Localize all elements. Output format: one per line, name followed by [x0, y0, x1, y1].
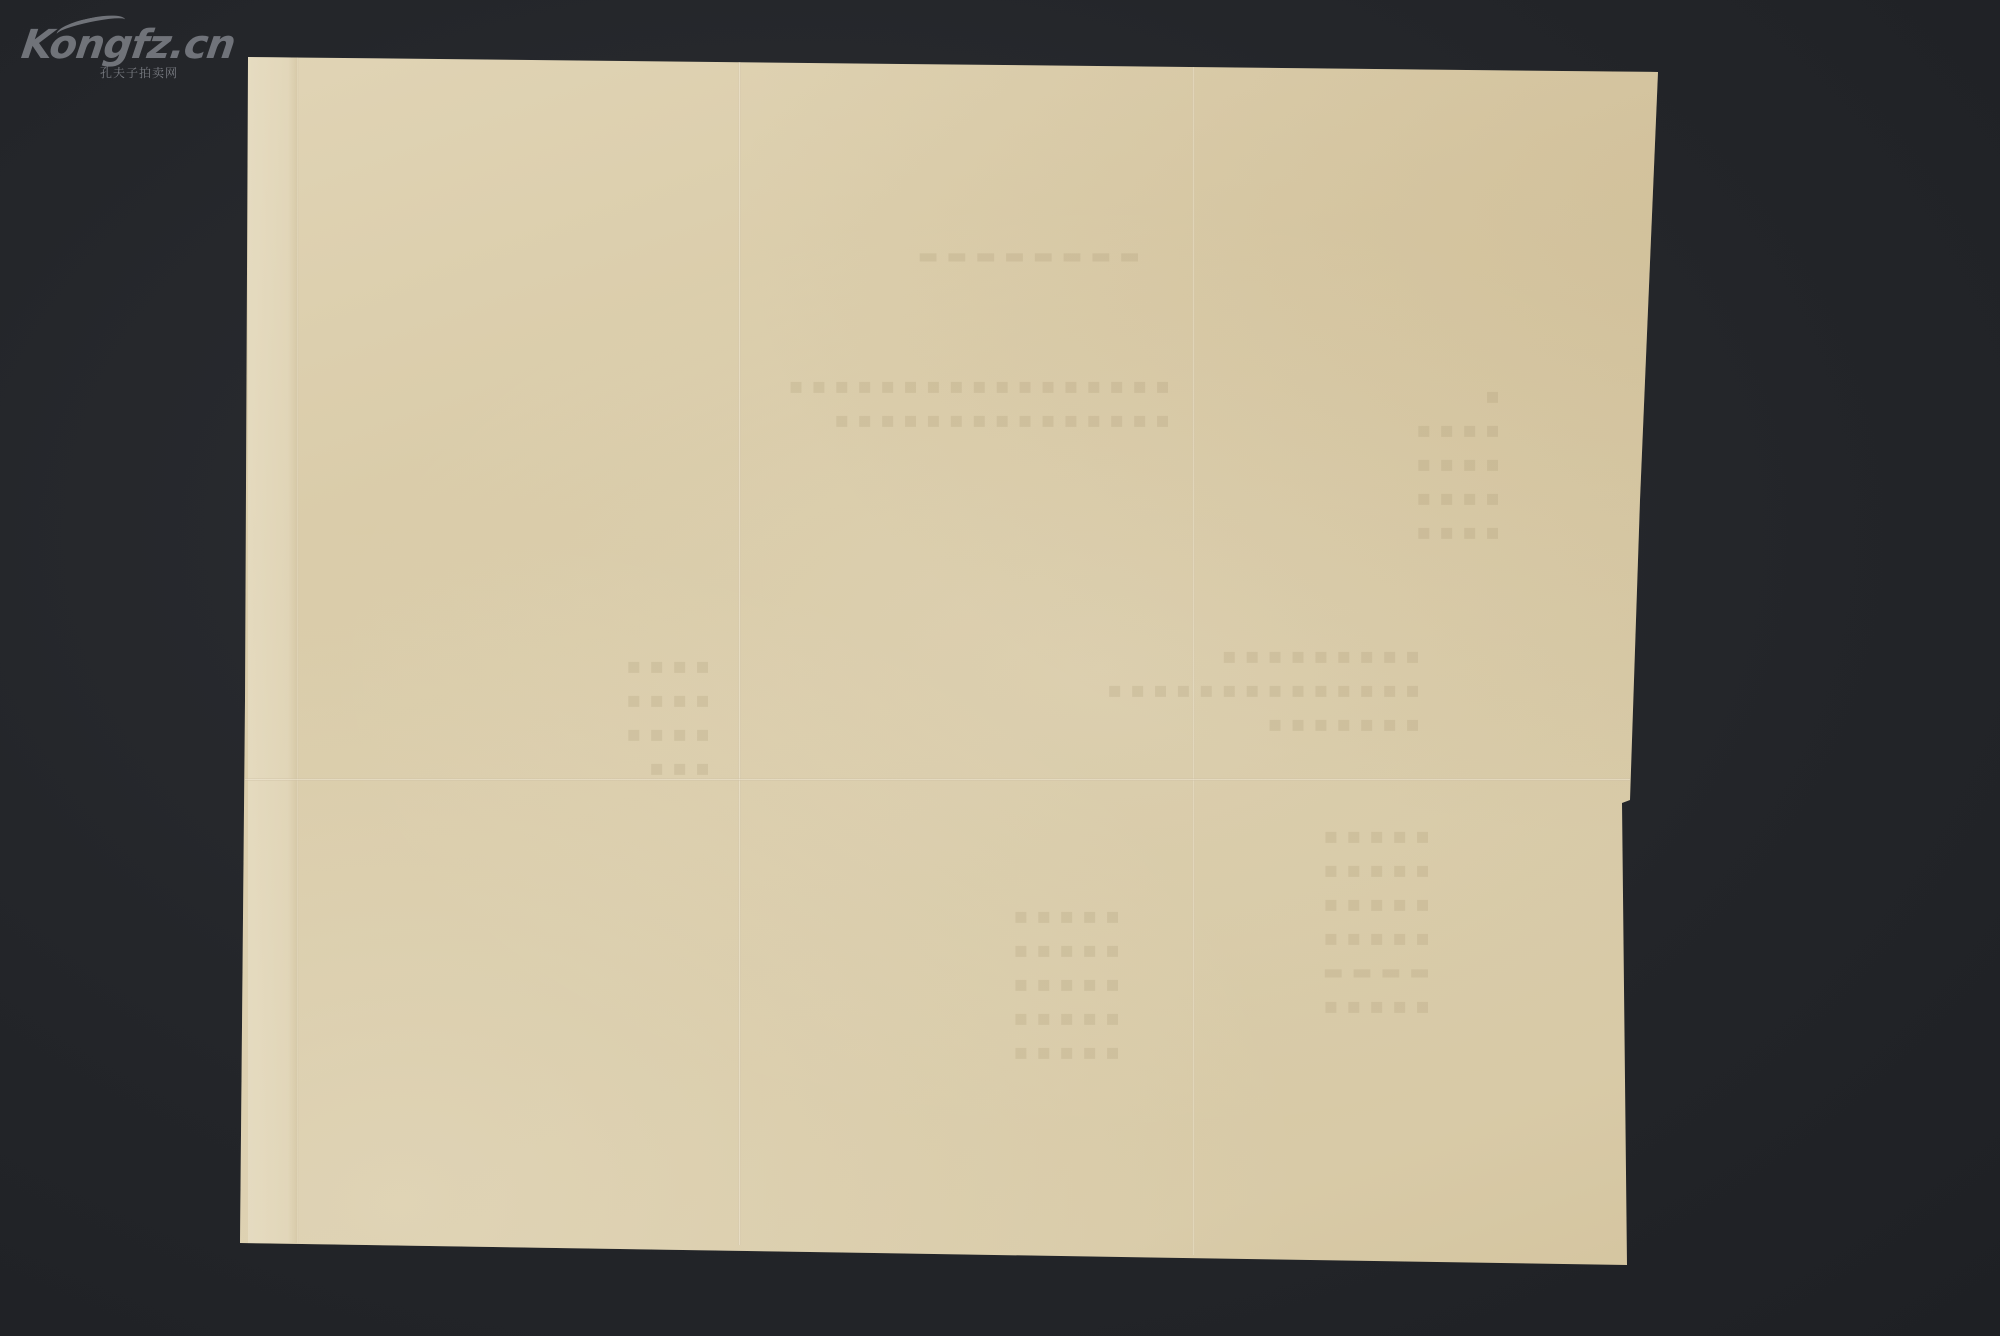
binding-strip: [248, 57, 298, 1243]
watermark-subtitle: 孔夫子拍卖网: [100, 64, 178, 81]
bleed-through-text: ▪▪▪▪▪▪▪▪▪▪▪▪▪▪▪▪▪▪▪▪▪▪▪▪▪▪▪▪▪▪▪▪: [520, 370, 1170, 438]
horizontal-fold: [245, 778, 1630, 781]
watermark: Kongfz.cn 孔夫子拍卖网: [22, 14, 222, 84]
vertical-fold-center: [738, 60, 741, 1245]
bleed-through-text: ▪▪▪▪▪▪▪▪▪▪▪▪▪▪▪▪▪▪▪▪▪▪▪▪▪▪▪▪▪▪: [900, 640, 1420, 742]
bleed-through-text: ▪▪▪▪▪▪▪▪▪▪▪▪▪▪▪▪▪▪▪▪▬▬▬▬▪▪▪▪▪: [1170, 820, 1430, 1024]
watermark-logo: Kongfz.cn: [19, 22, 238, 68]
bleed-through-text: ▬▬▬▬▬▬▬▬: [780, 240, 1140, 274]
vertical-fold-left: [296, 57, 299, 1243]
paper-sheet: ▬▬▬▬▬▬▬▬ ▪▪▪▪▪▪▪▪▪▪▪▪▪▪▪▪▪▪▪▪▪▪▪▪▪▪▪▪▪▪▪…: [0, 0, 2000, 1336]
bleed-through-text: ▪▪▪▪▪▪▪▪▪▪▪▪▪▪▪: [490, 650, 710, 786]
bleed-through-text: ▪▪▪▪▪▪▪▪▪▪▪▪▪▪▪▪▪: [1200, 380, 1500, 550]
bleed-through-text: ▪▪▪▪▪▪▪▪▪▪▪▪▪▪▪▪▪▪▪▪▪▪▪▪▪: [900, 900, 1120, 1070]
